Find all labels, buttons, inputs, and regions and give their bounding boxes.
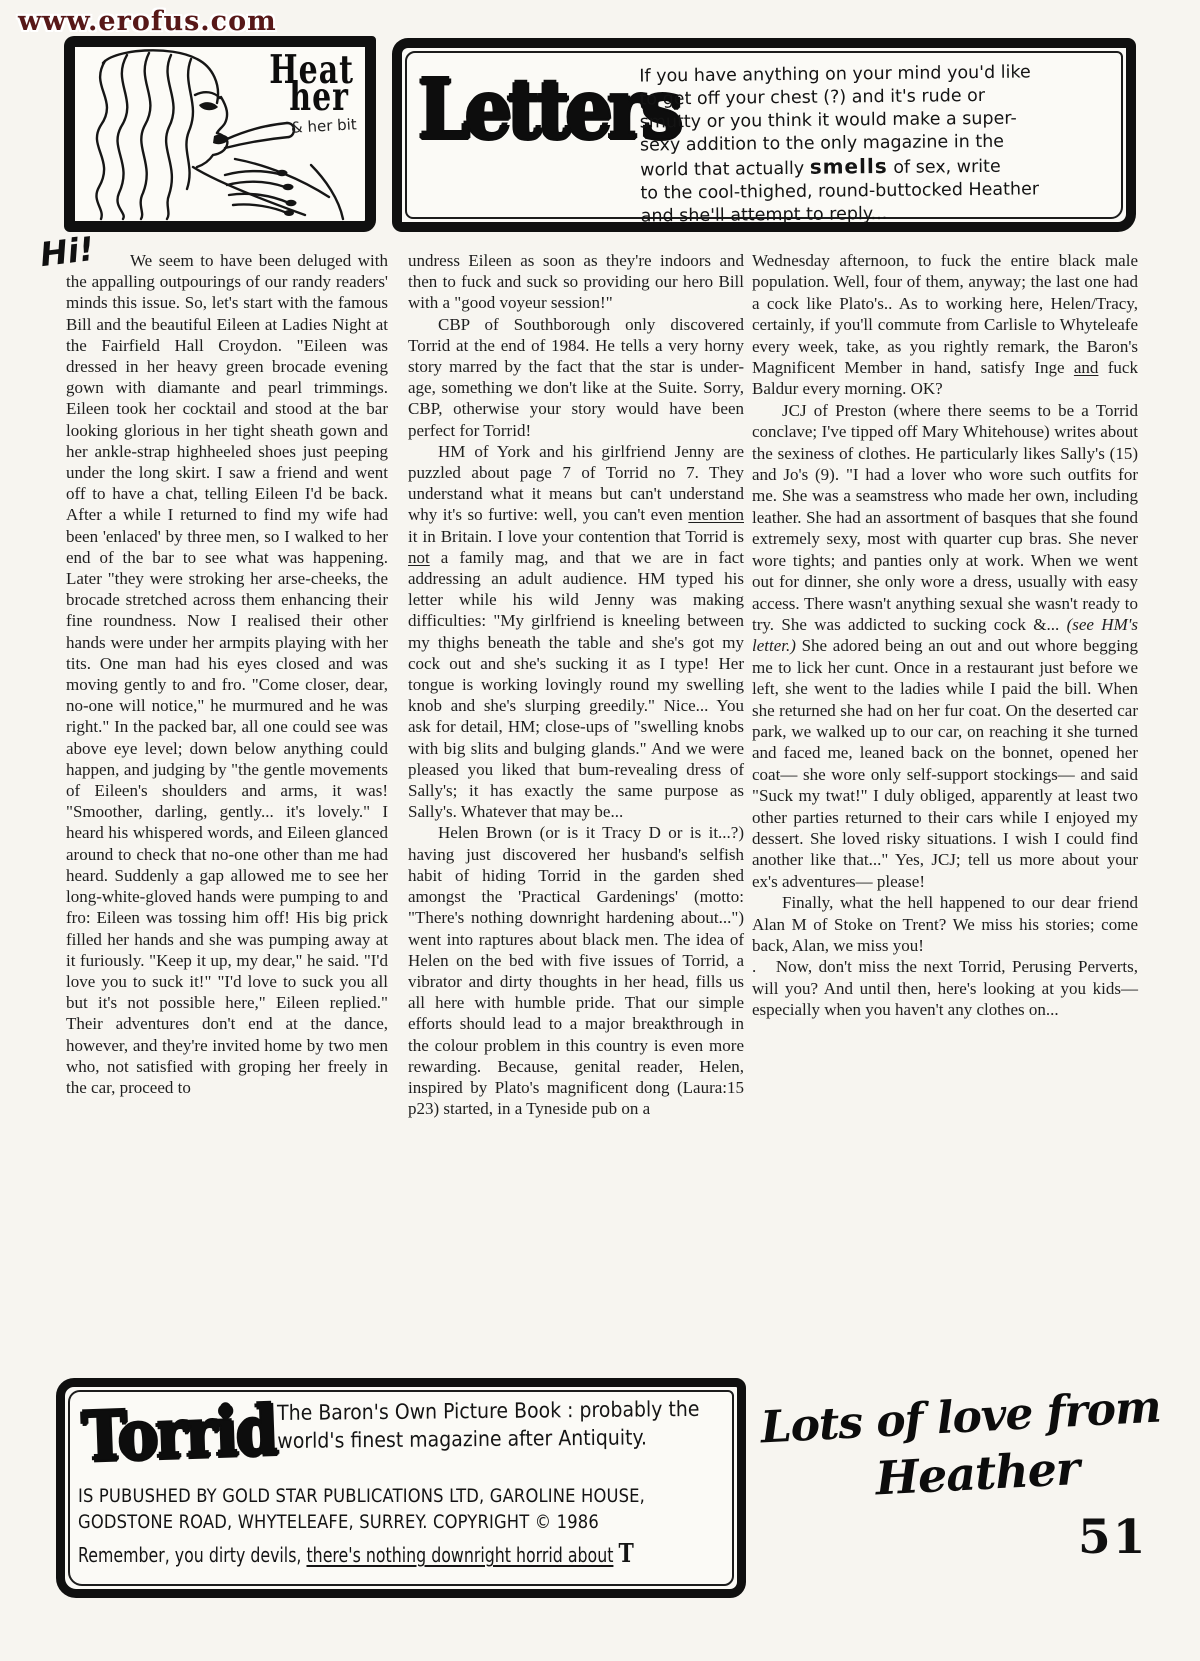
publisher-line1: IS PUBUSHED BY GOLD STAR PUBLICATIONS LT… [78,1483,732,1509]
publisher-line2: GODSTONE ROAD, WHYTELEAFE, SURREY. COPYR… [78,1509,732,1535]
text-segment: Helen Brown (or is it Tracy D or is it..… [408,823,744,1118]
text-segment: smutty or you think it would make a supe… [640,109,1017,133]
text-segment: world that actually [640,159,810,181]
text-segment: . Now, don't miss the next Torrid, Perus… [752,957,1138,1019]
letters-intro: If you have anything on your mind you'd … [639,60,1127,228]
letters-column-2: undress Eileen as soon as they're indoor… [408,250,744,1119]
publisher-info: IS PUBUSHED BY GOLD STAR PUBLICATIONS LT… [78,1483,732,1535]
text-segment: a family mag, and that we are in fact ad… [408,548,744,821]
paragraph: Finally, what the hell happened to our d… [752,892,1138,956]
letters-box: Letters If you have anything on your min… [392,38,1136,232]
tagline-line1: The Baron's Own Picture Book : probably … [277,1395,700,1427]
heather-box: Heat her & her bit [64,36,376,232]
text-segment: to get off your chest (?) and it's rude … [639,86,985,110]
torrid-logo: Torrid [81,1392,277,1477]
text-segment: smells [810,154,888,179]
reminder-line: Remember, you dirty devils, there's noth… [78,1539,742,1569]
text-segment: Remember, you dirty devils, [78,1543,306,1567]
text-segment: JCJ of Preston (where there seems to be … [752,401,1138,634]
text-segment: We seem to have been deluged with the ap… [66,251,388,1097]
magazine-page: www.erofus.com [0,0,1200,1661]
text-segment: T [618,1539,633,1569]
text-segment: not [408,548,430,567]
paragraph: JCJ of Preston (where there seems to be … [752,400,1138,892]
paragraph: HM of York and his girlfriend Jenny are … [408,441,744,823]
text-segment: and [1074,358,1099,377]
tagline-line2: world's finest magazine after Antiquity. [277,1423,700,1455]
hi-greeting: Hi! [38,229,96,274]
heather-title-line2: her [289,80,357,115]
text-segment: If you have anything on your mind you'd … [639,62,1031,86]
signature: Lots of love from Heather [759,1382,1164,1512]
paragraph: We seem to have been deluged with the ap… [66,250,388,1098]
signature-line2: Heather [874,1437,1165,1506]
text-segment: Finally, what the hell happened to our d… [752,893,1138,955]
text-segment: of sex, write [888,157,1001,178]
paragraph: Wednesday afternoon, to fuck the entire … [752,250,1138,400]
heather-subtitle: & her bit [291,115,358,136]
text-segment: mention [688,505,744,524]
text-segment: sexy addition to the only magazine in th… [640,132,1004,156]
torrid-tagline: The Baron's Own Picture Book : probably … [277,1395,700,1455]
heather-logo: Heat her & her bit [269,53,357,135]
paragraph: . Now, don't miss the next Torrid, Perus… [752,956,1138,1020]
text-segment: undress Eileen as soon as they're indoor… [408,251,744,312]
watermark: www.erofus.com [18,6,277,37]
letters-column-3: Wednesday afternoon, to fuck the entire … [752,250,1138,1021]
text-segment: and she'll attempt to reply... [641,204,888,227]
paragraph: CBP of Southborough only discovered Torr… [408,314,744,441]
text-segment: there's nothing downright horrid about [306,1543,613,1567]
letters-column-1: We seem to have been deluged with the ap… [66,250,388,1098]
page-number: 51 [1078,1510,1147,1565]
text-segment: it in Britain. I love your contention th… [408,527,744,546]
intro-line: and she'll attempt to reply... [641,200,1127,228]
torrid-box: Torrid The Baron's Own Picture Book : pr… [56,1378,746,1598]
paragraph: Helen Brown (or is it Tracy D or is it..… [408,822,744,1119]
text-segment: to the cool-thighed, round-buttocked Hea… [640,179,1039,203]
text-segment: She adored being an out and out whore be… [752,636,1138,890]
paragraph: undress Eileen as soon as they're indoor… [408,250,744,314]
text-segment: CBP of Southborough only discovered Torr… [408,315,744,440]
